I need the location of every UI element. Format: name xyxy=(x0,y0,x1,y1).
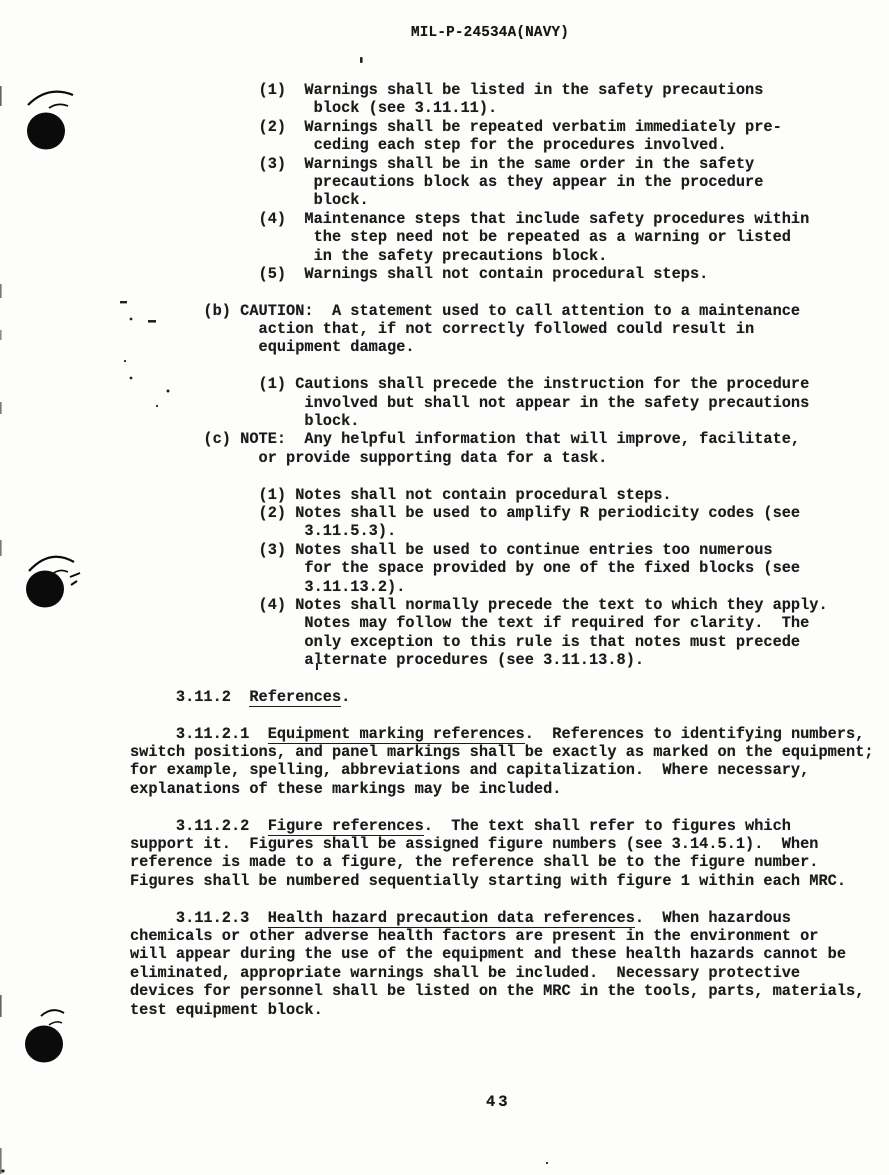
text-line: 3.11.13.2). xyxy=(130,578,886,596)
text-segment: (3) Notes shall be used to continue entr… xyxy=(130,541,773,559)
text-line: switch positions, and panel markings sha… xyxy=(130,743,886,761)
text-line: or provide supporting data for a task. xyxy=(130,449,886,467)
text-line: precautions block as they appear in the … xyxy=(130,173,886,191)
underlined-heading-text: Figure references xyxy=(268,817,424,836)
text-segment: for the space provided by one of the fix… xyxy=(130,559,800,577)
text-line: (1) Warnings shall be listed in the safe… xyxy=(130,81,886,99)
text-line: equipment damage. xyxy=(130,338,886,356)
text-segment: support it. Figures shall be assigned fi… xyxy=(130,835,818,853)
text-segment: Figures shall be numbered sequentially s… xyxy=(130,872,846,890)
text-segment: precautions block as they appear in the … xyxy=(130,173,763,191)
text-segment: devices for personnel shall be listed on… xyxy=(130,982,864,1000)
text-line: block. xyxy=(130,412,886,430)
underlined-heading-text: Health hazard precaution data references xyxy=(268,909,635,928)
text-segment: only exception to this rule is that note… xyxy=(130,633,800,651)
underlined-heading-text: Equipment marking references xyxy=(268,725,525,744)
text-line: (2) Warnings shall be repeated verbatim … xyxy=(130,118,886,136)
text-segment: . References to identifying numbers, xyxy=(525,725,865,743)
text-line: 3.11.5.3). xyxy=(130,522,886,540)
text-segment: . xyxy=(341,688,350,706)
document-body: (1) Warnings shall be listed in the safe… xyxy=(130,81,886,1019)
text-line xyxy=(130,670,886,688)
text-segment: Notes may follow the text if required fo… xyxy=(130,614,809,632)
text-segment: (3) Warnings shall be in the same order … xyxy=(130,155,754,173)
text-line: alternate procedures (see 3.11.13.8). xyxy=(130,651,886,669)
text-line: (2) Notes shall be used to amplify R per… xyxy=(130,504,886,522)
text-segment: block (see 3.11.11). xyxy=(130,99,497,117)
text-line: (3) Notes shall be used to continue entr… xyxy=(130,541,886,559)
text-line: 3.11.2 References. xyxy=(130,688,886,706)
text-line xyxy=(130,798,886,816)
text-segment: (2) Warnings shall be repeated verbatim … xyxy=(130,118,782,136)
text-line: action that, if not correctly followed c… xyxy=(130,320,886,338)
text-line xyxy=(130,283,886,301)
text-line: only exception to this rule is that note… xyxy=(130,633,886,651)
text-segment: (4) Maintenance steps that include safet… xyxy=(130,210,809,228)
text-line: (4) Maintenance steps that include safet… xyxy=(130,210,886,228)
text-segment: ceding each step for the procedures invo… xyxy=(130,136,727,154)
text-segment: or provide supporting data for a task. xyxy=(130,449,607,467)
text-segment: 3.11.2.1 xyxy=(130,725,268,743)
text-line: block. xyxy=(130,191,886,209)
underlined-heading-text: References xyxy=(249,688,341,707)
text-line: eliminated, appropriate warnings shall b… xyxy=(130,964,886,982)
text-segment: block. xyxy=(130,412,360,430)
text-segment: in the safety precautions block. xyxy=(130,247,607,265)
text-line: Figures shall be numbered sequentially s… xyxy=(130,872,886,890)
text-segment: action that, if not correctly followed c… xyxy=(130,320,754,338)
text-segment: 3.11.2.2 xyxy=(130,817,268,835)
text-line: 3.11.2.1 Equipment marking references. R… xyxy=(130,725,886,743)
text-line: (b) CAUTION: A statement used to call at… xyxy=(130,302,886,320)
text-segment: 3.11.13.2). xyxy=(130,578,405,596)
text-line: for the space provided by one of the fix… xyxy=(130,559,886,577)
text-line: reference is made to a figure, the refer… xyxy=(130,853,886,871)
text-line: (c) NOTE: Any helpful information that w… xyxy=(130,430,886,448)
text-line: 3.11.2.3 Health hazard precaution data r… xyxy=(130,909,886,927)
hole-punch-mark xyxy=(27,92,73,150)
page-number: 43 xyxy=(486,1093,511,1111)
text-line xyxy=(130,890,886,908)
text-segment: involved but shall not appear in the saf… xyxy=(130,394,809,412)
text-line: (1) Cautions shall precede the instructi… xyxy=(130,375,886,393)
text-segment: (c) NOTE: Any helpful information that w… xyxy=(130,430,800,448)
text-line: devices for personnel shall be listed on… xyxy=(130,982,886,1000)
text-line xyxy=(130,467,886,485)
text-segment: . When hazardous xyxy=(635,909,791,927)
text-segment: block. xyxy=(130,191,369,209)
text-line: (1) Notes shall not contain procedural s… xyxy=(130,486,886,504)
text-segment: (2) Notes shall be used to amplify R per… xyxy=(130,504,800,522)
text-segment: equipment damage. xyxy=(130,338,415,356)
text-line: involved but shall not appear in the saf… xyxy=(130,394,886,412)
text-line: ceding each step for the procedures invo… xyxy=(130,136,886,154)
text-segment: 3.11.2 xyxy=(130,688,249,706)
text-line: block (see 3.11.11). xyxy=(130,99,886,117)
text-segment: (1) Notes shall not contain procedural s… xyxy=(130,486,672,504)
text-segment: test equipment block. xyxy=(130,1001,323,1019)
text-line: explanations of these markings may be in… xyxy=(130,780,886,798)
text-line: (3) Warnings shall be in the same order … xyxy=(130,155,886,173)
text-segment: (4) Notes shall normally precede the tex… xyxy=(130,596,828,614)
text-segment: . The text shall refer to figures which xyxy=(424,817,791,835)
text-line xyxy=(130,706,886,724)
scanned-document-page: MIL-P-24534A(NAVY) (1) Warnings shall be… xyxy=(0,0,889,1175)
text-line: support it. Figures shall be assigned fi… xyxy=(130,835,886,853)
document-id-header: MIL-P-24534A(NAVY) xyxy=(411,25,569,41)
text-segment: chemicals or other adverse health factor… xyxy=(130,927,818,945)
text-line: the step need not be repeated as a warni… xyxy=(130,228,886,246)
text-segment: (1) Cautions shall precede the instructi… xyxy=(130,375,809,393)
text-line: test equipment block. xyxy=(130,1001,886,1019)
text-line: 3.11.2.2 Figure references. The text sha… xyxy=(130,817,886,835)
hole-punch-mark xyxy=(25,1010,64,1062)
text-segment: eliminated, appropriate warnings shall b… xyxy=(130,964,800,982)
text-segment: 3.11.2.3 xyxy=(130,909,268,927)
text-segment: the step need not be repeated as a warni… xyxy=(130,228,791,246)
text-segment: explanations of these markings may be in… xyxy=(130,780,561,798)
text-segment: (b) CAUTION: A statement used to call at… xyxy=(130,302,800,320)
text-segment: switch positions, and panel markings sha… xyxy=(130,743,874,761)
text-segment: reference is made to a figure, the refer… xyxy=(130,853,818,871)
hole-punch-mark xyxy=(26,557,80,608)
text-segment: alternate procedures (see 3.11.13.8). xyxy=(130,651,644,669)
text-segment: for example, spelling, abbreviations and… xyxy=(130,761,809,779)
text-line: (4) Notes shall normally precede the tex… xyxy=(130,596,886,614)
text-line: for example, spelling, abbreviations and… xyxy=(130,761,886,779)
text-segment: (1) Warnings shall be listed in the safe… xyxy=(130,81,763,99)
text-line: (5) Warnings shall not contain procedura… xyxy=(130,265,886,283)
text-line: in the safety precautions block. xyxy=(130,247,886,265)
text-segment: will appear during the use of the equipm… xyxy=(130,945,846,963)
text-line xyxy=(130,357,886,375)
text-line: chemicals or other adverse health factor… xyxy=(130,927,886,945)
text-line: Notes may follow the text if required fo… xyxy=(130,614,886,632)
text-segment: (5) Warnings shall not contain procedura… xyxy=(130,265,708,283)
text-segment: 3.11.5.3). xyxy=(130,522,396,540)
text-line: will appear during the use of the equipm… xyxy=(130,945,886,963)
